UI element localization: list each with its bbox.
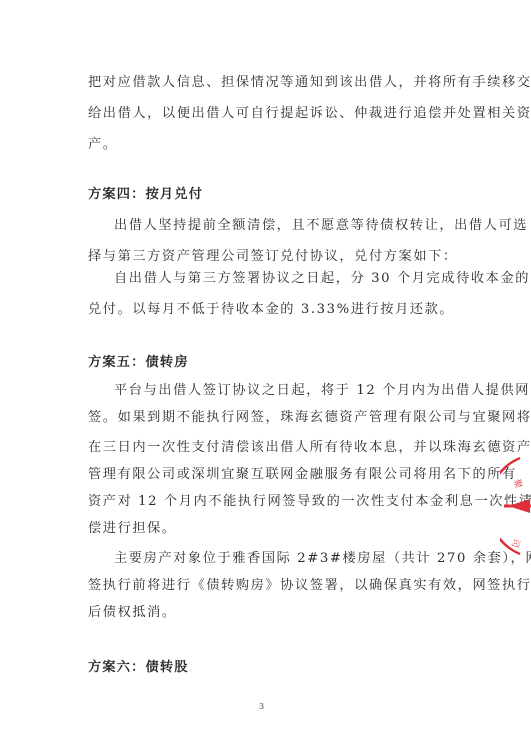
body-text-line: 兑付。以每月不低于待收本金的 3.33%进行按月还款。 xyxy=(88,302,454,318)
body-text-line: 主要房产对象位于雅香国际 2#3#楼房屋（共计 270 余套），网 xyxy=(114,551,531,567)
section-heading-6: 方案六：债转股 xyxy=(88,660,189,676)
svg-text:聚: 聚 xyxy=(511,478,524,490)
body-text-line: 签执行前将进行《债转购房》协议签署，以确保真实有效，网签执行 xyxy=(88,578,531,594)
body-text-line: 出借人坚持提前全额清偿，且不愿意等待债权转让，出借人可选 xyxy=(114,218,528,234)
svg-text:司: 司 xyxy=(509,537,522,549)
section-heading-4: 方案四：按月兑付 xyxy=(88,187,203,203)
body-text-line: 择与第三方资产管理公司签订兑付协议，兑付方案如下： xyxy=(88,249,458,265)
red-seal-stamp-icon: 聚 司 xyxy=(500,452,531,560)
body-text-line: 平台与出借人签订协议之日起，将于 12 个月内为出借人提供网 xyxy=(114,383,530,399)
body-text-line: 在三日内一次性支付清偿该出借人所有待收本息，并以珠海玄德资产 xyxy=(88,440,531,456)
body-text-line: 产。 xyxy=(88,137,118,153)
body-text-line: 后债权抵消。 xyxy=(88,605,177,621)
body-text-line: 签。如果到期不能执行网签，珠海玄德资产管理有限公司与宜聚网将 xyxy=(88,410,531,426)
document-page: 把对应借款人信息、担保情况等通知到该出借人，并将所有手续移交 给出借人，以便出借… xyxy=(0,0,531,753)
page-number: 3 xyxy=(259,702,264,711)
body-text-line: 自出借人与第三方签署协议之日起，分 30 个月完成待收本金的 xyxy=(114,271,530,287)
body-text-line: 资产对 12 个月内不能执行网签导致的一次性支付本金利息一次性清 xyxy=(88,494,531,510)
body-text-line: 偿进行担保。 xyxy=(88,521,177,537)
section-heading-5: 方案五：债转房 xyxy=(88,355,189,371)
body-text-line: 给出借人，以便出借人可自行提起诉讼、仲裁进行追偿并处置相关资 xyxy=(88,106,531,122)
body-text-line: 把对应借款人信息、担保情况等通知到该出借人，并将所有手续移交 xyxy=(88,75,531,91)
body-text-line: 管理有限公司或深圳宜聚互联网金融服务有限公司将用名下的所有 xyxy=(88,467,517,483)
